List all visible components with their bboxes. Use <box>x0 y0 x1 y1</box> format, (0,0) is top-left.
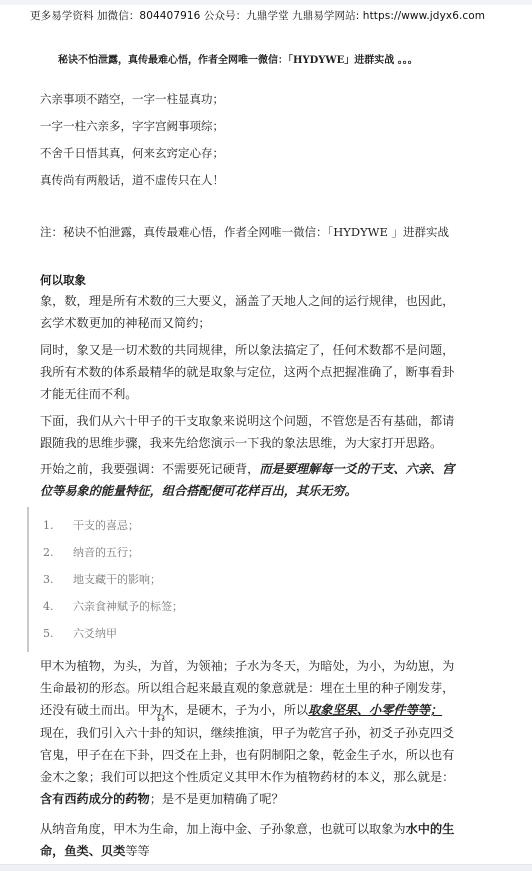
paragraph-4: 开始之前，我要强调：不需要死记硬背，而是要理解每一爻的干支、六亲、宫 位等易象的… <box>40 458 492 502</box>
list-number: 3. <box>43 573 73 586</box>
emphasized-text: 位等易象的能量特征，组合搭配便可花样百出，其乐无穷。 <box>40 480 492 502</box>
paragraph-7: 从纳音角度，甲木为生命，加上海中金、子孙象意，也就可以取象为水中的生 命，鱼类、… <box>40 818 492 862</box>
paragraph-line: 金木之象；我们可以把这个性质定义其甲木作为植物药材的本义，那么就是： <box>40 766 492 788</box>
list-number: 1. <box>43 519 73 532</box>
paragraph-6: 现在，我们引入六十卦的知识，继续推演，甲子为乾宫子孙，初爻子孙克四爻 官鬼，甲子… <box>40 722 492 810</box>
paragraph-line: 才能无往而不利。 <box>40 383 492 405</box>
emphasized-text: 而是要理解每一爻的干支、六亲、宫 <box>259 462 454 476</box>
bottom-viewer-strip <box>0 864 532 871</box>
paragraph-text: 从纳音角度，甲木为生命，加上海中金、子孙象意，也就可以取象为 <box>40 822 406 836</box>
banner-notice: 秘诀不怕泄露，真传最难心悟，作者全网唯一微信：「HYDYWE」进群实战 。。。 <box>58 51 418 66</box>
top-viewer-strip <box>0 0 532 5</box>
note-line: 注：秘诀不怕泄露，真传最难心悟，作者全网唯一微信：「HYDYWE 」进群实战 <box>40 224 449 240</box>
paragraph-1: 象，数，理是所有术数的三大要义，涵盖了天地人之间的运行规律，也因此， 玄学术数更… <box>40 290 492 334</box>
list-item: 2.纳音的五行； <box>43 544 139 560</box>
bold-text: 命，鱼类、贝类 <box>40 844 125 858</box>
poem-line: 六亲事项不踏空，一字一柱显真功； <box>40 91 224 118</box>
poem-block: 六亲事项不踏空，一字一柱显真功； 一字一柱六亲多，字字宫阙事项综； 不舍千日悟其… <box>40 91 224 199</box>
section-title: 何以取象 <box>40 272 86 288</box>
list-text: 地支藏干的影响； <box>73 573 161 586</box>
paragraph-text: 还没有破土而出。甲为木，是硬木，子为小，所以 <box>40 703 308 717</box>
paragraph-line: 玄学术数更加的神秘而又简约； <box>40 312 492 334</box>
paragraph-line: 官鬼，甲子在在下卦，四爻在上卦，也有阴制阳之象，乾金生子水，所以也有 <box>40 744 492 766</box>
list-number: 4. <box>43 600 73 613</box>
list-number: 2. <box>43 546 73 559</box>
list-item: 3.地支藏干的影响； <box>43 571 161 587</box>
paragraph-line: 跟随我的思维步骤，我来先给您演示一下我的象法思维，为大家打开思路。 <box>40 432 492 454</box>
paragraph-2: 同时，象又是一切术数的共同规律，所以象法搞定了，任何术数都不是问题， 我所有术数… <box>40 339 492 405</box>
paragraph-3: 下面，我们从六十甲子的干支取象来说明这个问题，不管您是否有基础，都请 跟随我的思… <box>40 410 492 454</box>
poem-line: 真传尚有两般话，道不虚传只在人！ <box>40 172 224 199</box>
paragraph-line: 我所有术数的体系最精华的就是取象与定位，这两个点把握准确了，断事看卦 <box>40 361 492 383</box>
underlined-emphasis: 取象坚果、小零件等等； <box>308 703 442 717</box>
list-item: 5.六爻纳甲 <box>43 625 117 641</box>
list-item: 4.六亲食神赋予的标签； <box>43 598 183 614</box>
list-text: 纳音的五行； <box>73 546 139 559</box>
list-item: 1.干支的喜忌； <box>43 517 139 533</box>
list-number: 5. <box>43 627 73 640</box>
paragraph-line: 象，数，理是所有术数的三大要义，涵盖了天地人之间的运行规律，也因此， <box>40 290 492 312</box>
list-text: 六爻纳甲 <box>73 627 117 640</box>
page-header-watermark: 更多易学资料 加微信：804407916 公众号：九鼎学堂 九鼎易学网站: ht… <box>30 8 485 23</box>
paragraph-line: 甲木为植物，为头，为首，为领袖；子水为冬天，为暗处，为小，为幼崽，为 <box>40 655 492 677</box>
paragraph-5: 甲木为植物，为头，为首，为领袖；子水为冬天，为暗处，为小，为幼崽，为 生命最初的… <box>40 655 492 721</box>
list-text: 干支的喜忌； <box>73 519 139 532</box>
paragraph-line: 同时，象又是一切术数的共同规律，所以象法搞定了，任何术数都不是问题， <box>40 339 492 361</box>
paragraph-text: 等等 <box>125 844 149 858</box>
poem-line: 不舍千日悟其真，何来玄窍定心存； <box>40 145 224 172</box>
numbered-list: 1.干支的喜忌； 2.纳音的五行； 3.地支藏干的影响； 4.六亲食神赋予的标签… <box>27 507 329 652</box>
paragraph-line: 现在，我们引入六十卦的知识，继续推演，甲子为乾宫子孙，初爻子孙克四爻 <box>40 722 492 744</box>
bold-text: 水中的生 <box>406 822 455 836</box>
bold-text: 含有西药成分的药物 <box>40 792 150 806</box>
paragraph-line: 生命最初的形态。所以组合起来最直观的象意就是：埋在土里的种子刚发芽， <box>40 677 492 699</box>
poem-line: 一字一柱六亲多，字字宫阙事项综； <box>40 118 224 145</box>
paragraph-text: ；是不是更加精确了呢？ <box>150 792 284 806</box>
paragraph-line: 下面，我们从六十甲子的干支取象来说明这个问题，不管您是否有基础，都请 <box>40 410 492 432</box>
paragraph-text: 开始之前，我要强调：不需要死记硬背， <box>40 462 259 476</box>
list-text: 六亲食神赋予的标签； <box>73 600 183 613</box>
